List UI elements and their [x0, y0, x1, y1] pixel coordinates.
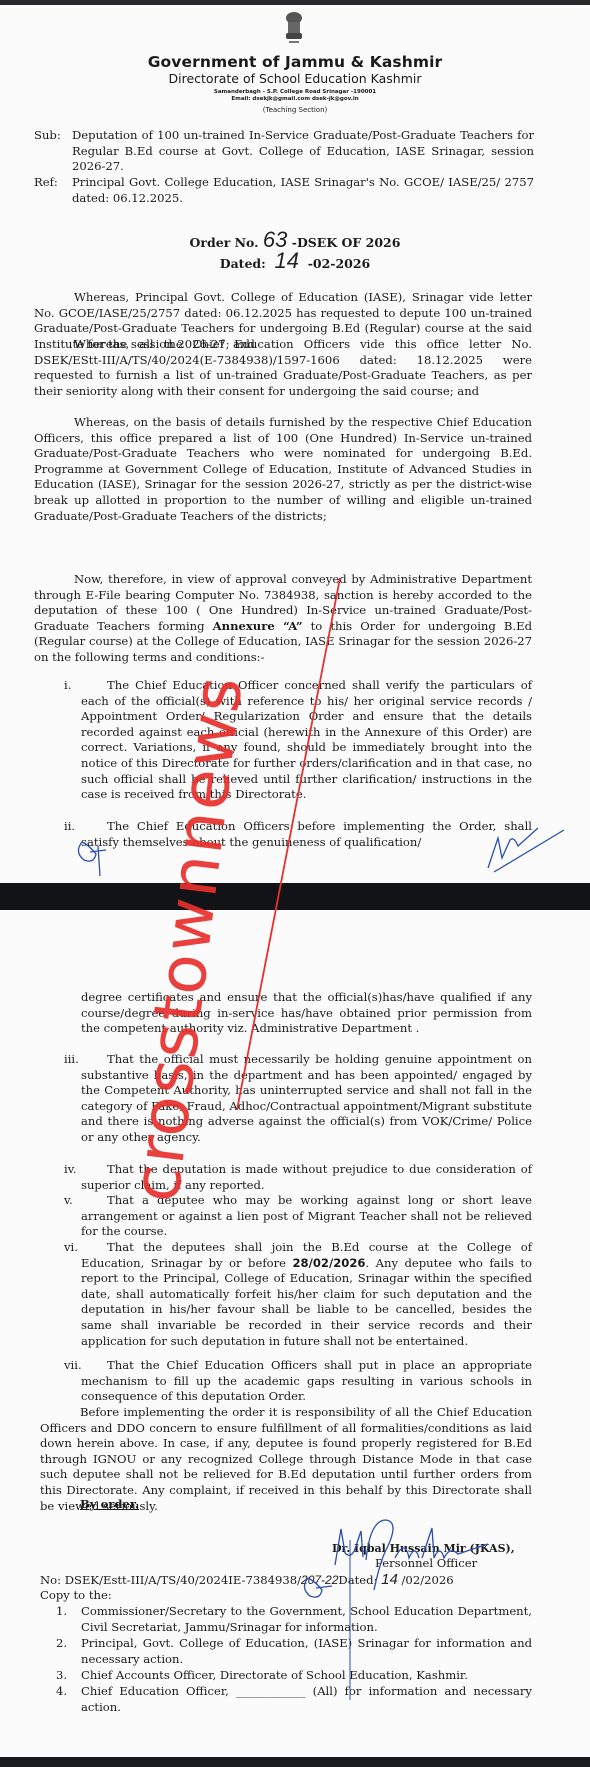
signatory-designation: Personnel Officer	[375, 1556, 535, 1572]
by-order: By order.	[80, 1497, 139, 1513]
condition-vi: vi. That the deputees shall join the B.E…	[34, 1240, 532, 1349]
whereas-paragraph-2: Whereas, all the Chief Education Officer…	[34, 337, 532, 399]
viewer-bottom-bar	[0, 1757, 590, 1767]
document-page-1: Government of Jammu & Kashmir Directorat…	[0, 5, 590, 883]
handwritten-order-day: 14	[274, 248, 298, 273]
copy-item-2: 2.Principal, Govt. College of Education,…	[56, 1636, 532, 1667]
signatory-name: Dr. Iqbal Hussain Mir (JKAS),	[332, 1541, 552, 1557]
ref-label: Ref:	[34, 175, 70, 191]
subject-block: Sub: Deputation of 100 un-trained In-Ser…	[34, 128, 534, 175]
sub-label: Sub:	[34, 128, 70, 144]
condition-v: v. That a deputee who may be working aga…	[34, 1193, 532, 1240]
condition-i: i. The Chief Education Officer concerned…	[34, 678, 532, 803]
page-separator-bar	[0, 883, 590, 910]
condition-iii: iii. That the official must necessarily …	[34, 1052, 532, 1146]
joining-deadline: 28/02/2026	[292, 1256, 365, 1270]
order-date: Dated: 14 -02-2026	[0, 248, 590, 274]
handwritten-dispatch-no: 207-22	[301, 1573, 338, 1587]
sub-text: Deputation of 100 un-trained In-Service …	[72, 128, 534, 175]
condition-iv: iv. That the deputation is made without …	[34, 1162, 532, 1193]
condition-vii: vii. That the Chief Education Officers s…	[34, 1358, 532, 1405]
dispatch-line: No: DSEK/Estt-III/A/TS/40/2024IE-7384938…	[40, 1572, 540, 1589]
copy-item-4: 4.Chief Education Officer, ____________ …	[56, 1684, 532, 1715]
directorate-title: Directorate of School Education Kashmir	[0, 71, 590, 86]
whereas-paragraph-3: Whereas, on the basis of details furnish…	[34, 415, 532, 524]
now-therefore-paragraph: Now, therefore, in view of approval conv…	[34, 572, 532, 666]
handwritten-dispatch-day: 14	[381, 1571, 398, 1588]
govt-title: Government of Jammu & Kashmir	[0, 53, 590, 71]
reference-block: Ref: Principal Govt. College Education, …	[34, 175, 534, 206]
copy-item-1: 1.Commissioner/Secretary to the Governme…	[56, 1604, 532, 1635]
address: Samanderbagh - S.P. College Road Srinaga…	[0, 89, 590, 95]
email: Email: dsekjk@gmail.com dsek-jk@gov.in	[0, 96, 590, 102]
condition-ii: ii. The Chief Education Officers before …	[34, 819, 532, 850]
condition-ii-continued: degree certificates and ensure that the …	[34, 990, 532, 1037]
copy-to-label: Copy to the:	[40, 1588, 112, 1604]
national-emblem-icon	[283, 11, 305, 49]
copy-item-3: 3.Chief Accounts Officer, Directorate of…	[56, 1668, 532, 1684]
section-label: (Teaching Section)	[0, 106, 590, 114]
document-page-2: degree certificates and ensure that the …	[0, 910, 590, 1757]
ref-text: Principal Govt. College Education, IASE …	[72, 175, 534, 206]
